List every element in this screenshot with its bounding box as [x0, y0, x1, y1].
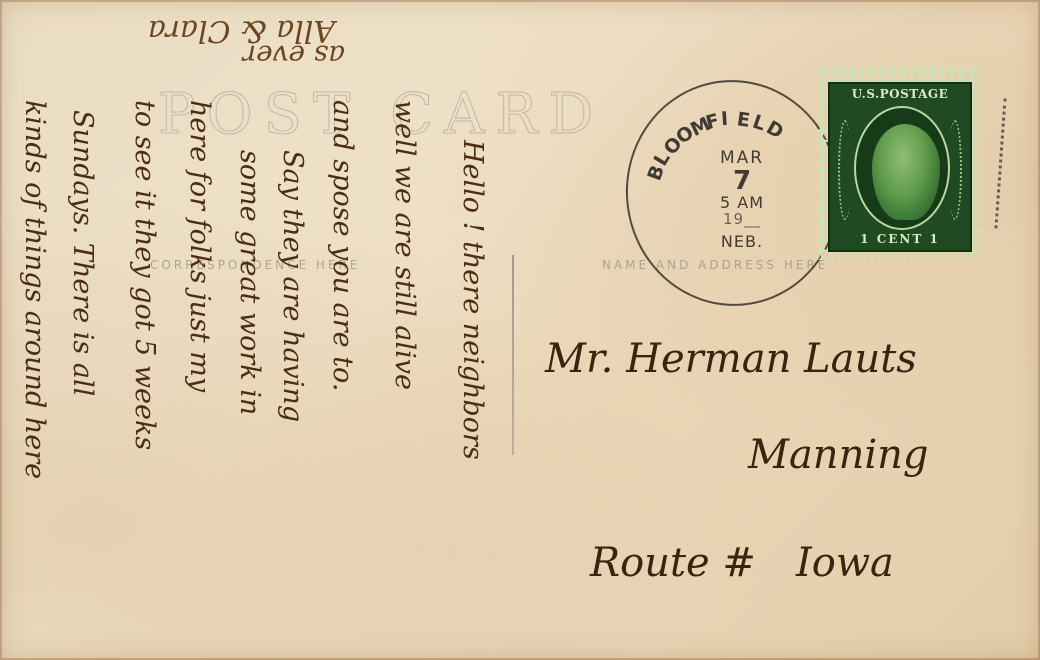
message-line: Say they are having [277, 150, 308, 422]
message-line: Hello ! there neighbors [457, 140, 488, 460]
message-line: here for folks just my [184, 100, 215, 392]
message-line: to see it they got 5 weeks [129, 100, 160, 450]
message-line: Sundays. There is all [67, 110, 98, 396]
message-line: some great work in [234, 150, 265, 415]
message-line: well we are still alive [389, 100, 420, 390]
message-line: and spose you are to. [327, 100, 358, 391]
message-line: kinds of things around here [19, 100, 50, 479]
postcard: POST CARD CORRESPONDENCE HERE NAME AND A… [0, 0, 1040, 660]
signature: Alla & Clara [148, 13, 335, 48]
handwritten-message: Hello ! there neighborswell we are still… [0, 0, 1040, 660]
